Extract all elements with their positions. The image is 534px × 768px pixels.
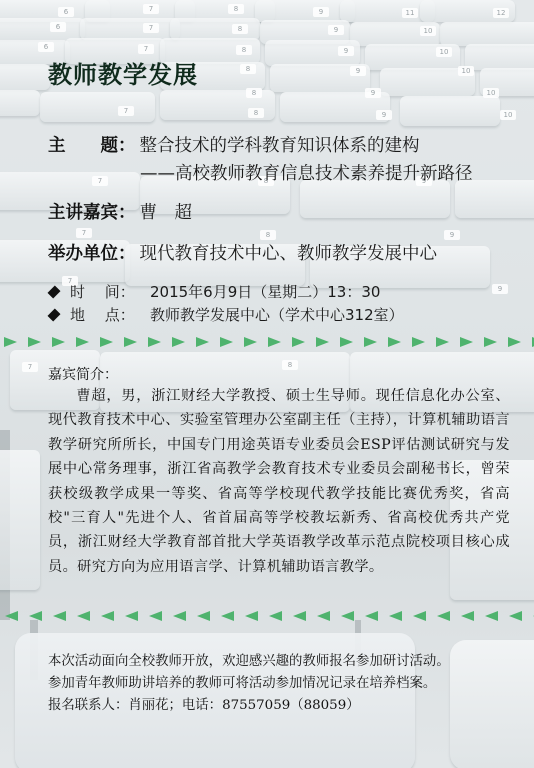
arrow-right-icon: [168, 335, 192, 349]
arrow-divider-bottom: [0, 609, 534, 623]
bio-text: 曹超，男，浙江财经大学教授、硕士生导师。现任信息化办公室、现代教育技术中心、实验…: [48, 384, 510, 579]
footer-line-open-invitation: 本次活动面向全校教师开放，欢迎感兴趣的教师报名参加研讨活动。: [48, 651, 518, 673]
arrow-right-icon: [120, 335, 144, 349]
organizer-row: 举办单位： 现代教育技术中心、教师教学发展中心: [48, 240, 437, 265]
arrow-left-icon: [528, 609, 534, 623]
arrow-right-icon: [96, 335, 120, 349]
speaker-value: 曹 超: [140, 199, 193, 224]
arrow-left-icon: [336, 609, 360, 623]
arrow-divider-top: [0, 335, 534, 349]
arrow-right-icon: [312, 335, 336, 349]
diamond-bullet-icon: [47, 308, 60, 321]
arrow-right-icon: [264, 335, 288, 349]
arrow-right-icon: [288, 335, 312, 349]
arrow-left-icon: [216, 609, 240, 623]
arrow-left-icon: [240, 609, 264, 623]
arrow-left-icon: [120, 609, 144, 623]
topic-value: 整合技术的学科教育知识体系的建构: [140, 132, 420, 157]
arrow-left-icon: [288, 609, 312, 623]
arrow-left-icon: [264, 609, 288, 623]
arrow-left-icon: [456, 609, 480, 623]
arrow-left-icon: [408, 609, 432, 623]
arrow-left-icon: [144, 609, 168, 623]
arrow-right-icon: [408, 335, 432, 349]
arrow-left-icon: [384, 609, 408, 623]
time-label: 时 间：: [70, 281, 150, 302]
speaker-row: 主讲嘉宾： 曹 超: [48, 199, 192, 224]
arrow-left-icon: [360, 609, 384, 623]
diamond-bullet-icon: [47, 285, 60, 298]
organizer-label: 举办单位：: [48, 240, 136, 265]
arrow-right-icon: [192, 335, 216, 349]
page-title: 教师教学发展: [48, 55, 198, 90]
speaker-label: 主讲嘉宾：: [48, 199, 136, 224]
organizer-value: 现代教育技术中心、教师教学发展中心: [140, 240, 438, 265]
arrow-left-icon: [504, 609, 528, 623]
arrow-right-icon: [24, 335, 48, 349]
bio-heading: 嘉宾简介：: [48, 364, 118, 384]
arrow-left-icon: [168, 609, 192, 623]
arrow-left-icon: [0, 609, 24, 623]
arrow-right-icon: [240, 335, 264, 349]
topic-subtitle: ——高校教师教育信息技术素养提升新路径: [140, 160, 473, 185]
arrow-right-icon: [336, 335, 360, 349]
time-value: 2015年6月9日（星期二）13：30: [150, 281, 380, 302]
place-label: 地 点：: [70, 304, 150, 325]
footer-line-contact: 报名联系人：肖丽花；电话：87557059（88059）: [48, 695, 518, 717]
arrow-left-icon: [24, 609, 48, 623]
arrow-right-icon: [504, 335, 528, 349]
arrow-left-icon: [48, 609, 72, 623]
footer-line-training-record: 参加青年教师助讲培养的教师可将活动参加情况记录在培养档案。: [48, 673, 518, 695]
arrow-right-icon: [528, 335, 534, 349]
topic-row: 主 题： 整合技术的学科教育知识体系的建构: [48, 132, 420, 157]
arrow-left-icon: [96, 609, 120, 623]
arrow-right-icon: [360, 335, 384, 349]
arrow-left-icon: [480, 609, 504, 623]
arrow-right-icon: [432, 335, 456, 349]
arrow-left-icon: [432, 609, 456, 623]
arrow-right-icon: [72, 335, 96, 349]
arrow-right-icon: [144, 335, 168, 349]
arrow-left-icon: [192, 609, 216, 623]
arrow-right-icon: [456, 335, 480, 349]
place-row: 地 点： 教师教学发展中心（学术中心312室）: [48, 304, 404, 325]
time-row: 时 间： 2015年6月9日（星期二）13：30: [48, 281, 380, 302]
arrow-left-icon: [72, 609, 96, 623]
place-value: 教师教学发展中心（学术中心312室）: [150, 304, 404, 325]
poster-content: 教师教学发展 主 题： 整合技术的学科教育知识体系的建构 ——高校教师教育信息技…: [0, 0, 534, 768]
arrow-right-icon: [216, 335, 240, 349]
topic-label: 主 题：: [48, 132, 136, 157]
footer-notice: 本次活动面向全校教师开放，欢迎感兴趣的教师报名参加研讨活动。 参加青年教师助讲培…: [48, 651, 518, 717]
arrow-left-icon: [312, 609, 336, 623]
arrow-right-icon: [48, 335, 72, 349]
arrow-right-icon: [384, 335, 408, 349]
arrow-right-icon: [0, 335, 24, 349]
arrow-right-icon: [480, 335, 504, 349]
